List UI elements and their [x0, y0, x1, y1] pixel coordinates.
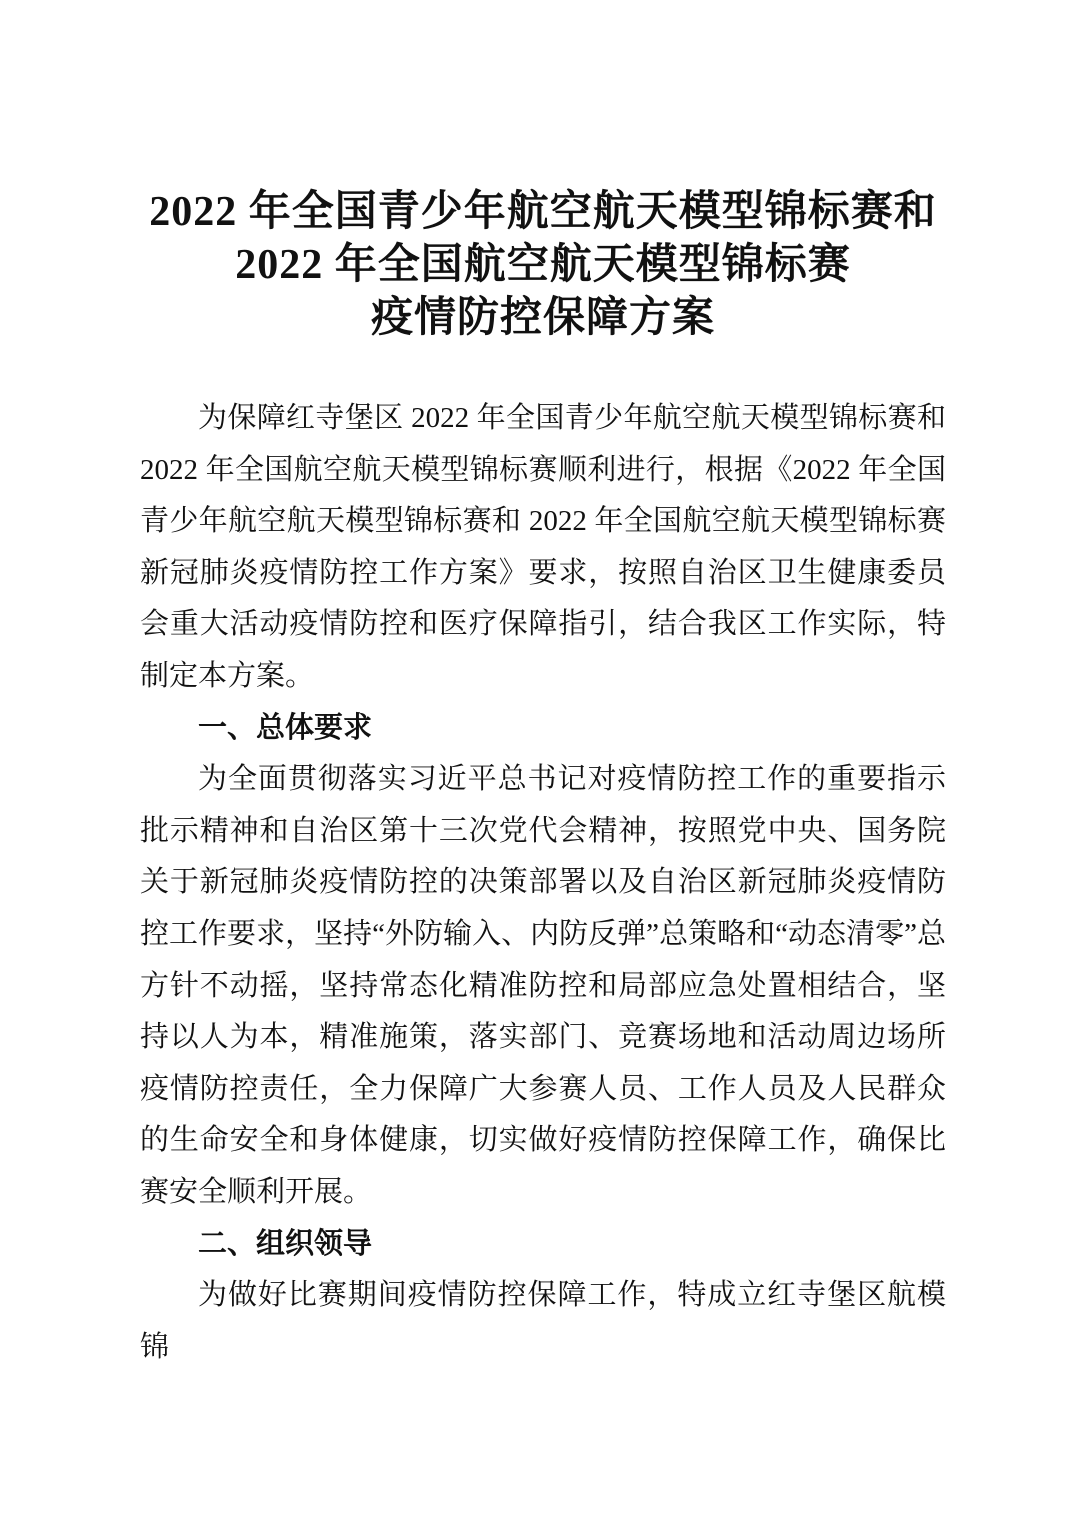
section-heading: 二、组织领导 [140, 1219, 946, 1271]
body-paragraph: 为做好比赛期间疫情防控保障工作，特成立红寺堡区航模锦 [140, 1270, 946, 1373]
document-body: 为保障红寺堡区 2022 年全国青少年航空航天模型锦标赛和 2022 年全国航空… [140, 393, 946, 1373]
body-paragraph: 为全面贯彻落实习近平总书记对疫情防控工作的重要指示批示精神和自治区第十三次党代会… [140, 754, 946, 1218]
document-page: 2022 年全国青少年航空航天模型锦标赛和 2022 年全国航空航天模型锦标赛 … [0, 0, 1074, 1520]
document-title-line-1: 2022 年全国青少年航空航天模型锦标赛和 [140, 186, 946, 239]
body-paragraph: 为保障红寺堡区 2022 年全国青少年航空航天模型锦标赛和 2022 年全国航空… [140, 393, 946, 703]
document-title: 2022 年全国青少年航空航天模型锦标赛和 2022 年全国航空航天模型锦标赛 … [140, 186, 946, 345]
document-content: 2022 年全国青少年航空航天模型锦标赛和 2022 年全国航空航天模型锦标赛 … [140, 186, 946, 1373]
document-title-line-2: 2022 年全国航空航天模型锦标赛 [140, 239, 946, 292]
section-heading: 一、总体要求 [140, 703, 946, 755]
document-title-line-3: 疫情防控保障方案 [140, 292, 946, 345]
